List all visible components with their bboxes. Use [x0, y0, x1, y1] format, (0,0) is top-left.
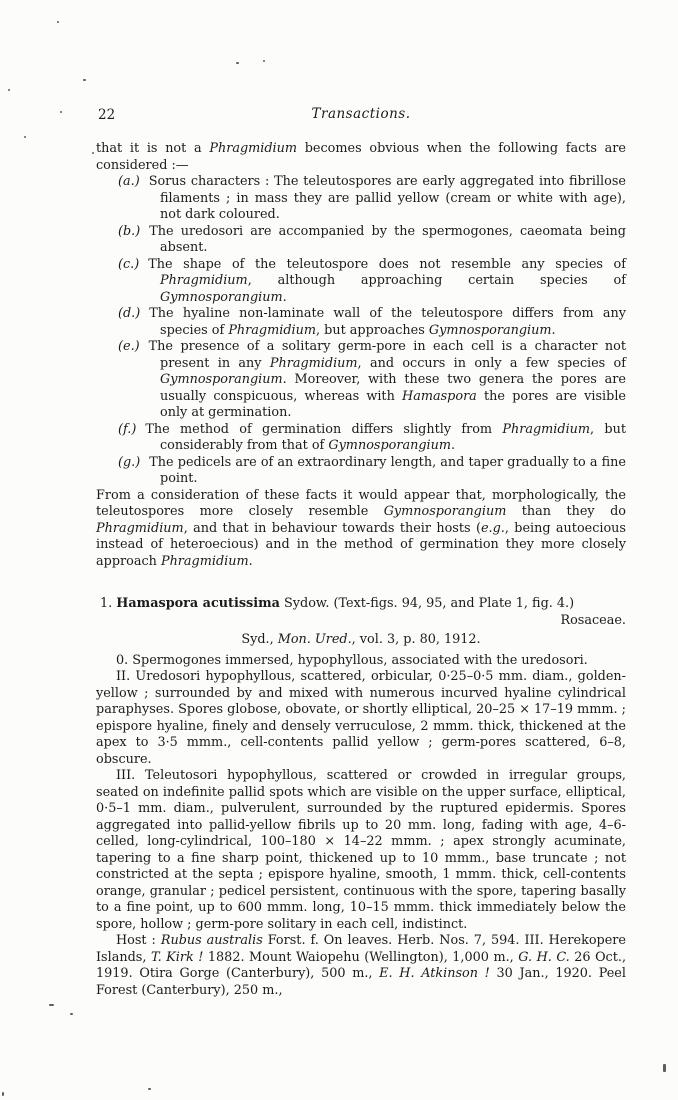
- scan-speck: [83, 79, 86, 81]
- fact-item-d: (d.)The hyaline non-laminate wall of the…: [160, 306, 626, 339]
- section-gap: [96, 570, 626, 596]
- text-run: Host :: [116, 933, 161, 948]
- scan-speck: [49, 1004, 54, 1006]
- fact-item-a: (a.)Sorus characters : The teleutospores…: [160, 174, 626, 224]
- list-item-label: (f.): [118, 422, 145, 437]
- text-run: .: [249, 554, 253, 569]
- scan-speck: [24, 136, 26, 138]
- text-run: The shape of the teleutospore does not r…: [148, 257, 626, 272]
- fact-item-g: (g.)The pedicels are of an extraordinary…: [160, 455, 626, 488]
- text-run: Syd.,: [241, 632, 277, 647]
- text-run: , vol. 3, p. 80, 1912.: [352, 632, 481, 647]
- scan-speck: [92, 152, 94, 154]
- fact-item-e: (e.)The presence of a solitary germ-pore…: [160, 339, 626, 422]
- family-name: Rosaceae.: [96, 613, 626, 630]
- text-run: Phragmidium: [228, 323, 316, 338]
- page-number: 22: [98, 107, 115, 123]
- fact-item-b: (b.)The uredosori are accompanied by the…: [160, 224, 626, 257]
- text-run: Rosaceae.: [560, 613, 626, 628]
- text-run: Rubus australis: [161, 933, 263, 948]
- spermogones-paragraph: 0. Spermogones immersed, hypophyllous, a…: [96, 653, 626, 670]
- uredosori-paragraph: II. Uredosori hypophyllous, scattered, o…: [96, 669, 626, 768]
- list-item-label: (e.): [118, 339, 149, 354]
- text-run: G. H. C.: [518, 950, 570, 965]
- text-run: Hamaspora acutissima: [116, 596, 280, 611]
- intro-paragraph: that it is not a Phragmidium becomes obv…: [96, 141, 626, 174]
- scan-speck: [236, 62, 239, 64]
- text-run: , although approaching certain species o…: [248, 273, 626, 288]
- text-run: Mon. Ured.: [278, 632, 352, 647]
- text-run: II. Uredosori hypophyllous, scattered, o…: [96, 669, 626, 767]
- teleutosori-paragraph: III. Teleutosori hypophyllous, scattered…: [96, 768, 626, 933]
- text-run: .: [451, 438, 455, 453]
- text-run: Phragmidium: [160, 273, 248, 288]
- text-run: Phragmidium: [502, 422, 590, 437]
- text-run: 1882. Mount Waiopehu (Wellington), 1,000…: [203, 950, 518, 965]
- text-run: The pedicels are of an extraordinary len…: [149, 455, 626, 487]
- text-run: , and that in behaviour towards their ho…: [184, 521, 481, 536]
- scan-speck: [148, 1088, 151, 1090]
- scan-speck: [57, 21, 59, 23]
- text-run: e.g.: [481, 521, 505, 536]
- text-run: The method of germination differs slight…: [145, 422, 502, 437]
- text-run: Gymnosporangium: [429, 323, 552, 338]
- text-run: .: [283, 290, 287, 305]
- text-run: that it is not a: [96, 141, 209, 156]
- fact-item-c: (c.)The shape of the teleutospore does n…: [160, 257, 626, 307]
- scan-speck: [263, 60, 265, 62]
- text-run: than they do: [506, 504, 626, 519]
- fact-item-f: (f.)The method of germination differs sl…: [160, 422, 626, 455]
- text-run: , but approaches: [316, 323, 429, 338]
- running-head: 22 Transactions.: [96, 106, 626, 122]
- citation-line: Syd., Mon. Ured., vol. 3, p. 80, 1912.: [96, 632, 626, 649]
- text-run: Gymnosporangium: [160, 290, 283, 305]
- text-run: Phragmidium: [161, 554, 249, 569]
- species-heading: 1. Hamaspora acutissima Sydow. (Text-fig…: [96, 596, 626, 613]
- text-run: E. H. Atkinson !: [379, 966, 490, 981]
- host-paragraph: Host : Rubus australis Forst. f. On leav…: [96, 933, 626, 999]
- text-run: Sydow. (Text-figs. 94, 95, and Plate 1, …: [280, 596, 574, 611]
- text-run: , and occurs in only a few species of: [358, 356, 626, 371]
- scan-speck: [60, 111, 62, 113]
- text-run: Phragmidium: [209, 141, 297, 156]
- text-run: Sorus characters : The teleutospores are…: [149, 174, 626, 222]
- text-run: The uredosori are accompanied by the spe…: [149, 224, 626, 256]
- running-title: Transactions.: [311, 106, 410, 122]
- text-run: 1.: [100, 596, 116, 611]
- list-item-label: (d.): [118, 306, 149, 321]
- text-run: Gymnosporangium: [328, 438, 451, 453]
- list-item-label: (a.): [118, 174, 149, 189]
- text-run: Hamaspora: [402, 389, 477, 404]
- scan-speck: [663, 1064, 666, 1072]
- text-run: Phragmidium: [96, 521, 184, 536]
- text-run: Gymnosporangium: [384, 504, 507, 519]
- scan-speck: [8, 89, 10, 91]
- text-run: 0. Spermogones immersed, hypophyllous, a…: [116, 653, 588, 668]
- text-run: T. Kirk !: [151, 950, 203, 965]
- text-run: III. Teleutosori hypophyllous, scattered…: [96, 768, 626, 932]
- text-run: .: [552, 323, 556, 338]
- scanned-page: 22 Transactions. that it is not a Phragm…: [0, 0, 678, 1100]
- scan-speck: [70, 1013, 73, 1015]
- scan-speck: [2, 1092, 4, 1096]
- text-run: Phragmidium: [270, 356, 358, 371]
- text-column: that it is not a Phragmidium becomes obv…: [96, 141, 626, 999]
- list-item-label: (g.): [118, 455, 149, 470]
- list-item-label: (b.): [118, 224, 149, 239]
- list-item-label: (c.): [118, 257, 148, 272]
- conclusion-paragraph: From a consideration of these facts it w…: [96, 488, 626, 571]
- text-run: Gymnosporangium: [160, 372, 283, 387]
